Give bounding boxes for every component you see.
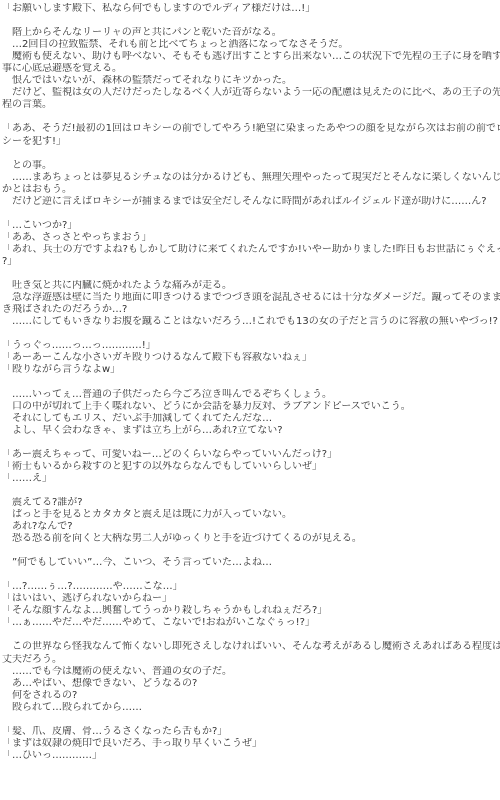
- text-line: [2, 437, 500, 449]
- text-line: [2, 569, 500, 581]
- text-line: 「あーあーこんな小さいガキ殴りつけるなんて殿下も容赦ないねぇ」: [2, 352, 500, 364]
- text-line: [2, 376, 500, 388]
- text-line: 吐き気と共に内臓に焼かれたような痛みが走る。: [2, 280, 500, 292]
- text-line: [2, 148, 500, 160]
- text-line: [2, 629, 500, 641]
- text-line: 「…?……ぅ…?…………や……こな…」: [2, 581, 500, 593]
- text-line: ……まあちょっとは夢見るシチュなのは分かるけども、無理矢理やったって現実だとそん…: [2, 172, 500, 184]
- text-line: [2, 15, 500, 27]
- text-line: 口の中が切れて上手く喋れない、どうにか会話を暴力反対、ラブアンドピースでいこう。: [2, 401, 500, 413]
- text-line: この世界なら怪我なんて怖くないし即死さえしなければいい、そんな考えがあるし魔術さ…: [2, 641, 500, 653]
- text-line: [2, 268, 500, 280]
- text-line: 丈夫だろう。: [2, 654, 500, 666]
- text-line: だけど、監視は女の人だけだったしなるべく人が近寄らないよう一応の配慮は見えたのに…: [2, 87, 500, 99]
- text-line: 「はいはい、逃げられないからねー」: [2, 593, 500, 605]
- text-line: [2, 545, 500, 557]
- text-line: ……いってぇ…普通の子供だったら今ごろ泣き叫んでるぞちくしょう。: [2, 389, 500, 401]
- text-line: シーを犯す!」: [2, 136, 500, 148]
- text-line: 「術士もいるから殺すのと犯すの以外ならなんでもしていいらしいぜ」: [2, 461, 500, 473]
- text-line: …2回目の拉致監禁、それも前と比べてちょっと洒落になってなさそうだ。: [2, 39, 500, 51]
- novel-page: 「お願いします殿下、私なら何でもしますのでルディア様だけは…!」 階上からそんな…: [0, 0, 500, 800]
- text-line: [2, 208, 500, 220]
- text-line: 「髪、爪、皮膚、骨…うるさくなったら舌もか?」: [2, 726, 500, 738]
- text-line: 急な浮遊感は壁に当たり地面に叩きつけるまでつづき頭を混乱させるには十分なダメージ…: [2, 292, 500, 304]
- text-line: 「…ぁ……やだ…やだ……やめて、こないで!おねがいこなぐぅっ!?」: [2, 617, 500, 629]
- text-line: との事。: [2, 160, 500, 172]
- text-line: 「ああ、さっさとやっちまおう」: [2, 232, 500, 244]
- text-line: 「…ひいっ…………」: [2, 750, 500, 762]
- text-line: ?」: [2, 256, 500, 268]
- text-line: 「…こいつか?」: [2, 220, 500, 232]
- text-line: 「そんな顔すんなよ…興奮してうっかり殺しちゃうかもしれねぇだろ?」: [2, 605, 500, 617]
- text-line: ……でも今は魔術の使えない、普通の女の子だ。: [2, 666, 500, 678]
- text-line: 魔術も使えない、助けも呼べない、そもそも逃げ出すことすら出来ない…この状況下で先…: [2, 51, 500, 63]
- text-line: あれ?なんで?: [2, 521, 500, 533]
- text-line: ……にしてもいきなりお腹を蹴ることはないだろう…!これでも13の女の子だと言うの…: [2, 316, 500, 328]
- text-line: ”何でもしていい”…今、こいつ、そう言っていた…よね…: [2, 557, 500, 569]
- text-line: だけど逆に言えばロキシーが捕まるまでは安全だしそんなに時間があればルイジェルド達…: [2, 196, 500, 208]
- text-line: [2, 714, 500, 726]
- text-line: 殴られて…殴られてから……: [2, 702, 500, 714]
- text-line: 「うっぐっ……っ…っ…………!」: [2, 340, 500, 352]
- text-line: それにしてもエリス、だいぶ手加減してくれてたんだな…: [2, 413, 500, 425]
- text-line: 「ああ、そうだ!最初の1回はロキシーの前でしてやろう!絶望に染まったあやつの顔を…: [2, 123, 500, 135]
- text-line: [2, 111, 500, 123]
- novel-text-body: 「お願いします殿下、私なら何でもしますのでルディア様だけは…!」 階上からそんな…: [2, 3, 500, 762]
- text-line: 程の言葉。: [2, 99, 500, 111]
- text-line: [2, 328, 500, 340]
- text-line: あ…やばい、想像できない、どうなるの?: [2, 678, 500, 690]
- text-line: き飛ばされたのだろうか…?: [2, 304, 500, 316]
- text-line: ぱっと手を見るとカタカタと震え足は既に力が入っていない。: [2, 509, 500, 521]
- text-line: 「あれ、兵士の方ですよね?もしかして助けに来てくれたんですか!いやー助かりました…: [2, 244, 500, 256]
- text-line: [2, 485, 500, 497]
- text-line: よし、早く会わなきゃ、まずは立ち上がら…あれ?立てない?: [2, 425, 500, 437]
- text-line: 階上からそんなリーリャの声と共にパンと乾いた音がなる。: [2, 27, 500, 39]
- text-line: 「まずは奴隷の焼印で良いだろ、手っ取り早くいこうぜ」: [2, 738, 500, 750]
- text-line: 何をされるの?: [2, 690, 500, 702]
- text-line: 震えてる?誰が?: [2, 497, 500, 509]
- text-line: 「……え」: [2, 473, 500, 485]
- text-line: 恐る恐る前を向くと大柄な男二人がゆっくりと手を近づけてくるのが見える。: [2, 533, 500, 545]
- text-line: かとはおもう。: [2, 184, 500, 196]
- text-line: 「あー震えちゃって、可愛いねー…どのくらいならやっていいんだっけ?」: [2, 449, 500, 461]
- text-line: 「お願いします殿下、私なら何でもしますのでルディア様だけは…!」: [2, 3, 500, 15]
- text-line: 事に心底忌避感を覚える。: [2, 63, 500, 75]
- text-line: 恨んではいないが、森林の監禁だってそれなりにキツかった。: [2, 75, 500, 87]
- text-line: 「殴りながら言うなよw」: [2, 364, 500, 376]
